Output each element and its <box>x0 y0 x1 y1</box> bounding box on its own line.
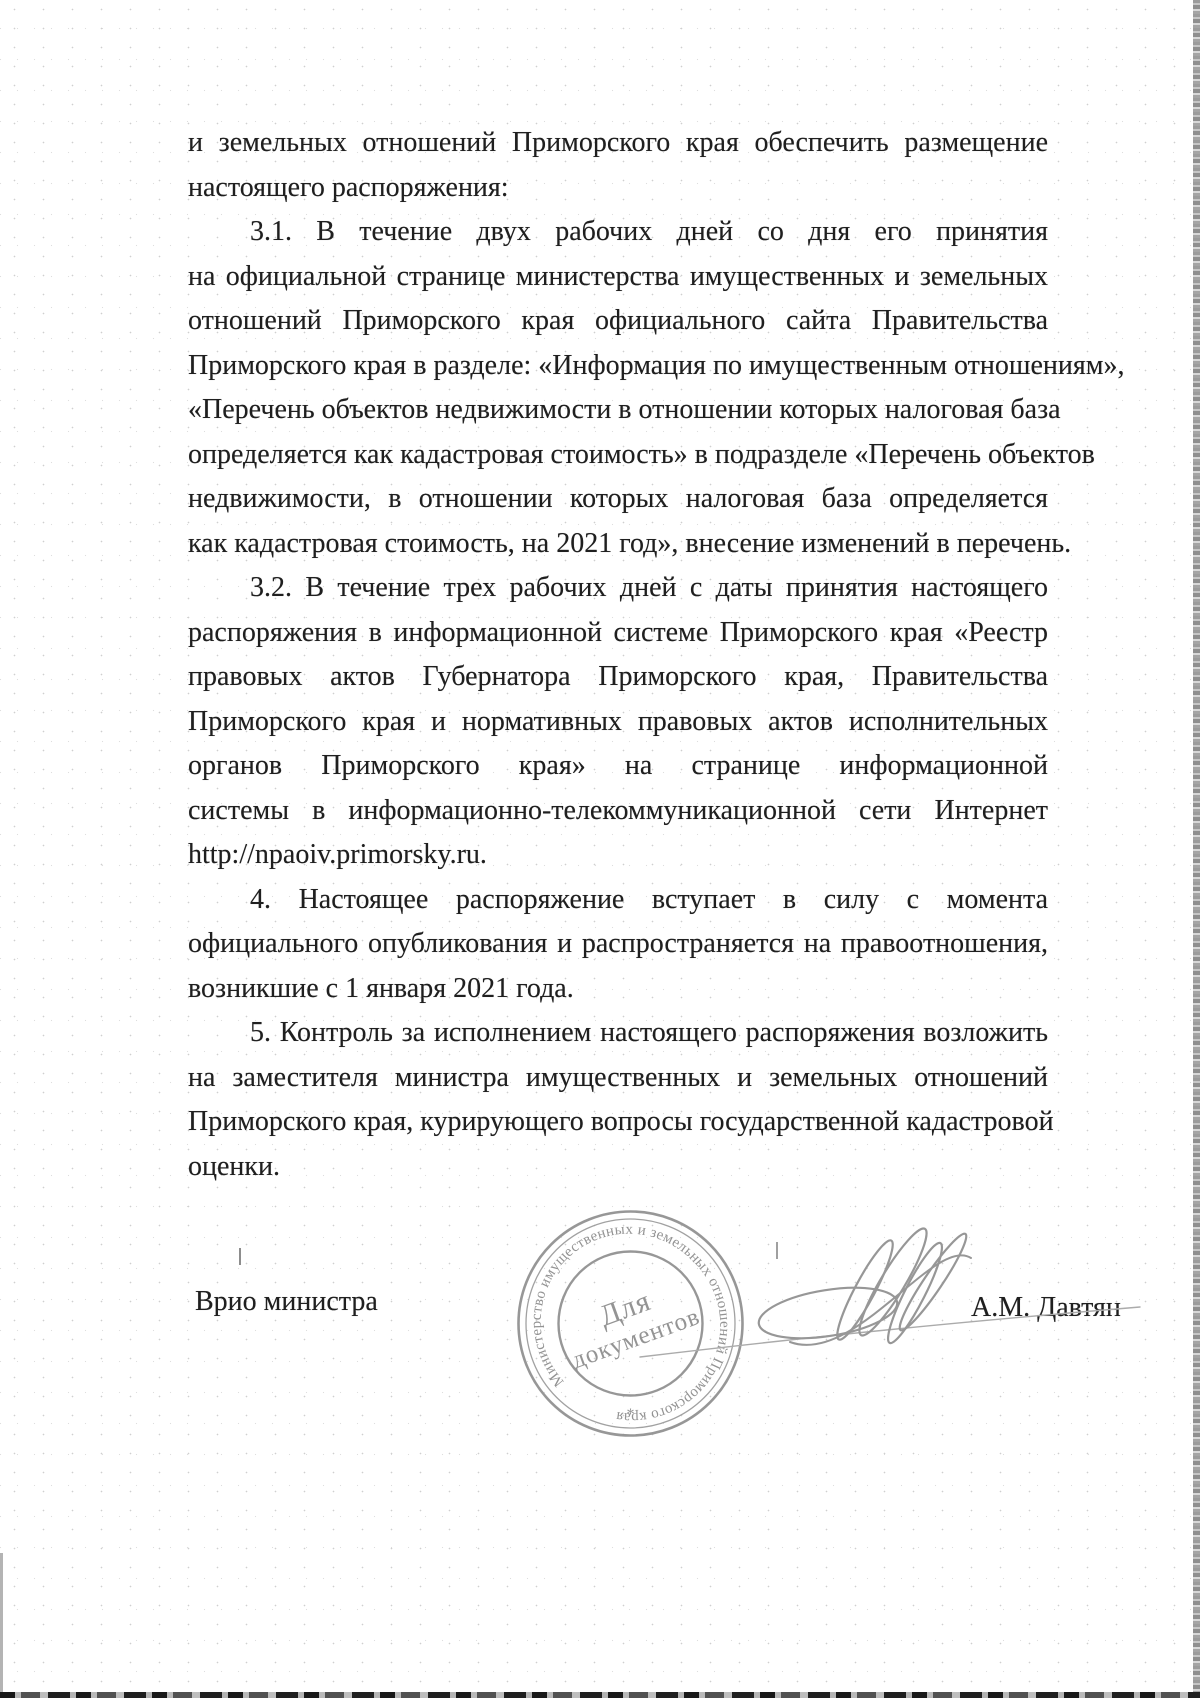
text-line: 3.2. В течение трех рабочих дней с даты … <box>188 566 1048 611</box>
signer-position-label: Врио министра <box>195 1286 378 1318</box>
text-line: настоящего распоряжения: <box>188 166 1048 211</box>
text-line: и земельных отношений Приморского края о… <box>188 121 1048 166</box>
signature-stroke-icon <box>615 1190 1160 1405</box>
scan-edge-left <box>0 1553 3 1698</box>
text-line: «Перечень объектов недвижимости в отноше… <box>188 388 1048 433</box>
text-line: 3.1. В течение двух рабочих дней со дня … <box>188 210 1048 255</box>
text-line: Приморского края и нормативных правовых … <box>188 700 1048 745</box>
text-line: на заместителя министра имущественных и … <box>188 1056 1048 1101</box>
text-line: Приморского края в разделе: «Информация … <box>188 344 1048 389</box>
text-line: как кадастровая стоимость, на 2021 год»,… <box>188 522 1048 567</box>
text-line: распоряжения в информационной системе Пр… <box>188 611 1048 656</box>
document-page: и земельных отношений Приморского края о… <box>0 0 1200 1698</box>
text-line: на официальной странице министерства иму… <box>188 255 1048 300</box>
text-line: официального опубликования и распростран… <box>188 922 1048 967</box>
text-line: возникшие с 1 января 2021 года. <box>188 967 1048 1012</box>
scan-edge-bottom <box>0 1692 1200 1698</box>
text-line: системы в информационно-телекоммуникацио… <box>188 789 1048 834</box>
stamp-star-separator: * <box>627 1406 635 1423</box>
document-body: и земельных отношений Приморского края о… <box>188 121 1048 1189</box>
scan-artifact-tick <box>239 1248 241 1265</box>
text-line: http://npaoiv.primorsky.ru. <box>188 833 1048 878</box>
text-line: определяется как кадастровая стоимость» … <box>188 433 1048 478</box>
text-line: недвижимости, в отношении которых налого… <box>188 477 1048 522</box>
text-line: органов Приморского края» на странице ин… <box>188 744 1048 789</box>
text-line: 4. Настоящее распоряжение вступает в сил… <box>188 878 1048 923</box>
text-line: правовых актов Губернатора Приморского к… <box>188 655 1048 700</box>
text-line: оценки. <box>188 1145 1048 1190</box>
text-line: 5. Контроль за исполнением настоящего ра… <box>188 1011 1048 1056</box>
text-line: отношений Приморского края официального … <box>188 299 1048 344</box>
scan-edge-right <box>1193 0 1200 1698</box>
text-line: Приморского края, курирующего вопросы го… <box>188 1100 1048 1145</box>
